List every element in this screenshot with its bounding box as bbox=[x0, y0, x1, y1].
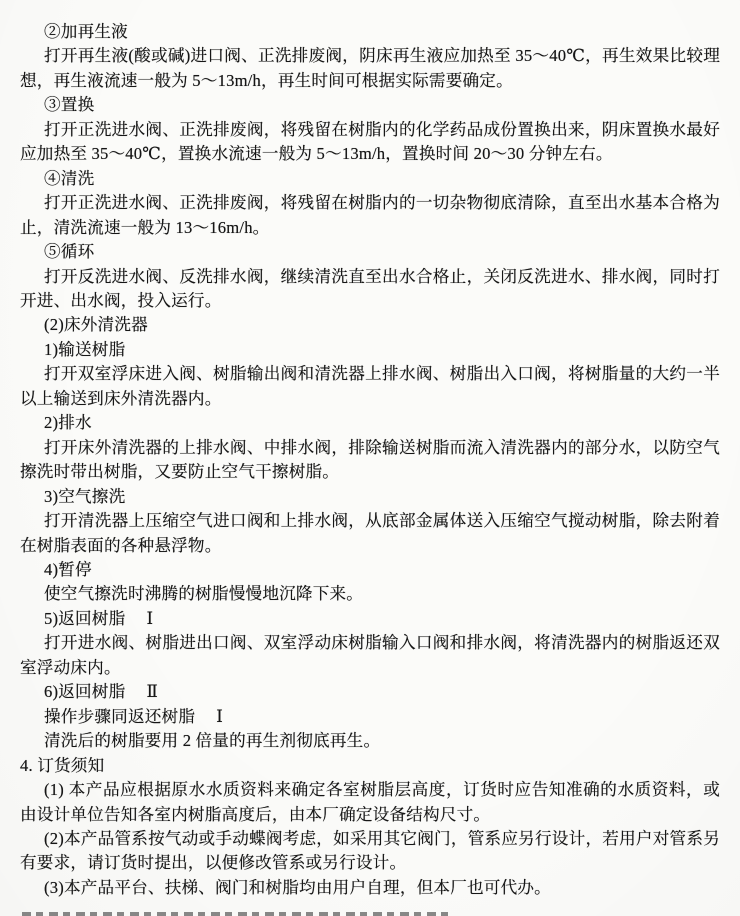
step-heading: 2)排水 bbox=[20, 411, 720, 435]
step-heading: 5)返回树脂 Ⅰ bbox=[20, 607, 720, 631]
paragraph: 打开双室浮床进入阀、树脂输出阀和清洗器上排水阀、树脂出入口阀，将树脂量的大约一半… bbox=[20, 362, 720, 411]
step-heading: 4)暂停 bbox=[20, 558, 720, 582]
paragraph: 使空气擦洗时沸腾的树脂慢慢地沉降下来。 bbox=[20, 582, 720, 606]
paragraph: (2)本产品管系按气动或手动蝶阀考虑，如采用其它阀门，管系应另行设计，若用户对管… bbox=[20, 827, 720, 876]
paragraph: 操作步骤同返还树脂 Ⅰ bbox=[20, 705, 720, 729]
paragraph: 打开再生液(酸或碱)进口阀、正洗排废阀，阴床再生液应加热至 35～40℃，再生效… bbox=[20, 44, 720, 93]
step-heading: 1)输送树脂 bbox=[20, 338, 720, 362]
paragraph: 打开正洗进水阀、正洗排废阀，将残留在树脂内的化学药品成份置换出来，阴床置换水最好… bbox=[20, 118, 720, 167]
paragraph: (1) 本产品应根据原水水质资料来确定各室树脂层高度，订货时应告知准确的水质资料… bbox=[20, 778, 720, 827]
paragraph: 打开正洗进水阀、正洗排废阀，将残留在树脂内的一切杂物彻底清除，直至出水基本合格为… bbox=[20, 191, 720, 240]
step-heading: ②加再生液 bbox=[20, 20, 720, 44]
paragraph: 打开进水阀、树脂进出口阀、双室浮动床树脂输入口阀和排水阀，将清洗器内的树脂返还双… bbox=[20, 631, 720, 680]
paragraph: 清洗后的树脂要用 2 倍量的再生剂彻底再生。 bbox=[20, 729, 720, 753]
step-heading: (2)床外清洗器 bbox=[20, 313, 720, 337]
step-heading: ③置换 bbox=[20, 93, 720, 117]
section-heading: 4. 订货须知 bbox=[20, 754, 720, 778]
step-heading: 3)空气擦洗 bbox=[20, 485, 720, 509]
paragraph: 打开反洗进水阀、反洗排水阀，继续清洗直至出水合格止，关闭反洗进水、排水阀，同时打… bbox=[20, 265, 720, 314]
step-heading: ⑤循环 bbox=[20, 240, 720, 264]
cropped-next-line-artifact bbox=[22, 912, 452, 916]
paragraph: 打开床外清洗器的上排水阀、中排水阀，排除输送树脂而流入清洗器内的部分水，以防空气… bbox=[20, 436, 720, 485]
document-page: ②加再生液打开再生液(酸或碱)进口阀、正洗排废阀，阴床再生液应加热至 35～40… bbox=[0, 0, 740, 916]
paragraph: (3)本产品平台、扶梯、阀门和树脂均由用户自理，但本厂也可代办。 bbox=[20, 876, 720, 900]
step-heading: 6)返回树脂 Ⅱ bbox=[20, 680, 720, 704]
step-heading: ④清洗 bbox=[20, 167, 720, 191]
paragraph: 打开清洗器上压缩空气进口阀和上排水阀，从底部金属体送入压缩空气搅动树脂，除去附着… bbox=[20, 509, 720, 558]
